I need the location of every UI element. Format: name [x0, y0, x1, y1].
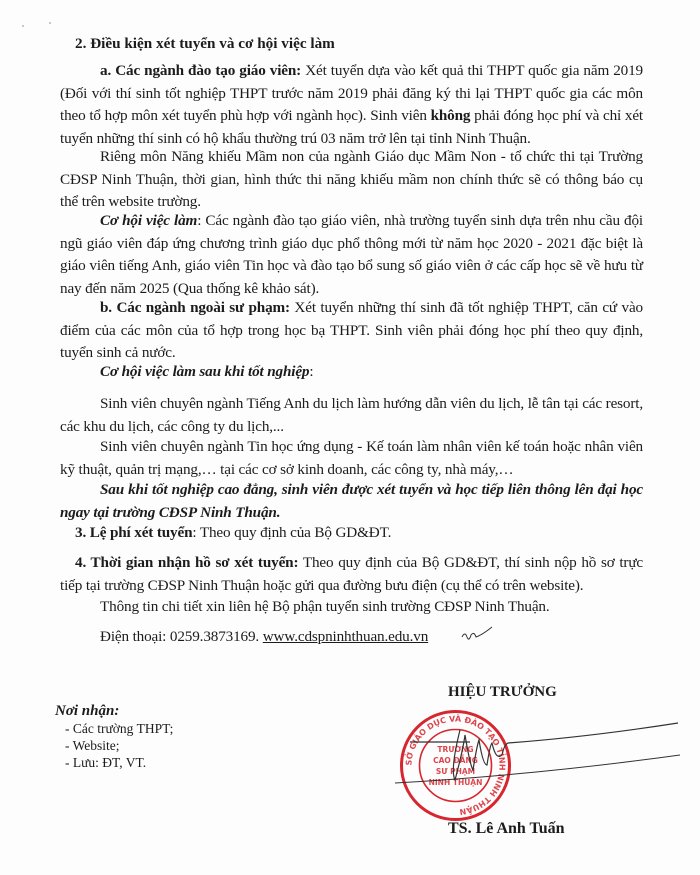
initials-scribble [460, 625, 510, 645]
paragraph-4: 4. Thời gian nhận hồ sơ xét tuyển: Theo … [60, 552, 643, 597]
paragraph-contact: Thông tin chi tiết xin liên hệ Bộ phận t… [100, 596, 683, 619]
recipient-item: - Lưu: ĐT, VT. [55, 754, 173, 771]
paragraph-tin-hoc: Sinh viên chuyên ngành Tin học ứng dụng … [60, 436, 643, 481]
paragraph-3: 3. Lệ phí xét tuyển: Theo quy định của B… [75, 522, 658, 545]
recipients-title: Nơi nhận: [55, 703, 173, 720]
recipient-item: - Website; [55, 737, 173, 754]
recipients-block: Nơi nhận: - Các trường THPT; - Website; … [55, 703, 173, 771]
signatory-name: TS. Lê Anh Tuấn [448, 820, 565, 838]
paragraph-co-hoi-sau: Cơ hội việc làm sau khi tốt nghiệp: [60, 361, 643, 384]
paragraph-a: a. Các ngành đào tạo giáo viên: Xét tuyể… [60, 60, 643, 150]
website-link[interactable]: www.cdspninhthuan.edu.vn [263, 628, 428, 645]
paragraph-lien-thong: Sau khi tốt nghiệp cao đẳng, sinh viên đ… [60, 479, 643, 524]
paragraph-a-label: a. Các ngành đào tạo giáo viên: [100, 62, 301, 79]
signature-scribble [390, 720, 690, 800]
paragraph-b: b. Các ngành ngoài sư phạm: Xét tuyển nh… [60, 297, 643, 365]
paragraph-phone: Điện thoại: 0259.3873169. www.cdspninhth… [100, 626, 683, 649]
paragraph-rieng: Riêng môn Năng khiếu Mầm non của ngành G… [60, 146, 643, 214]
scan-specks [20, 20, 60, 30]
paragraph-tieng-anh: Sinh viên chuyên ngành Tiếng Anh du lịch… [60, 393, 643, 438]
signature-title: HIỆU TRƯỞNG [448, 684, 557, 701]
paragraph-co-hoi: Cơ hội việc làm: Các ngành đào tạo giáo … [60, 210, 643, 300]
recipient-item: - Các trường THPT; [55, 720, 173, 737]
section-2-heading: 2. Điều kiện xét tuyển và cơ hội việc là… [75, 35, 335, 53]
document-page: 2. Điều kiện xét tuyển và cơ hội việc là… [0, 0, 700, 875]
